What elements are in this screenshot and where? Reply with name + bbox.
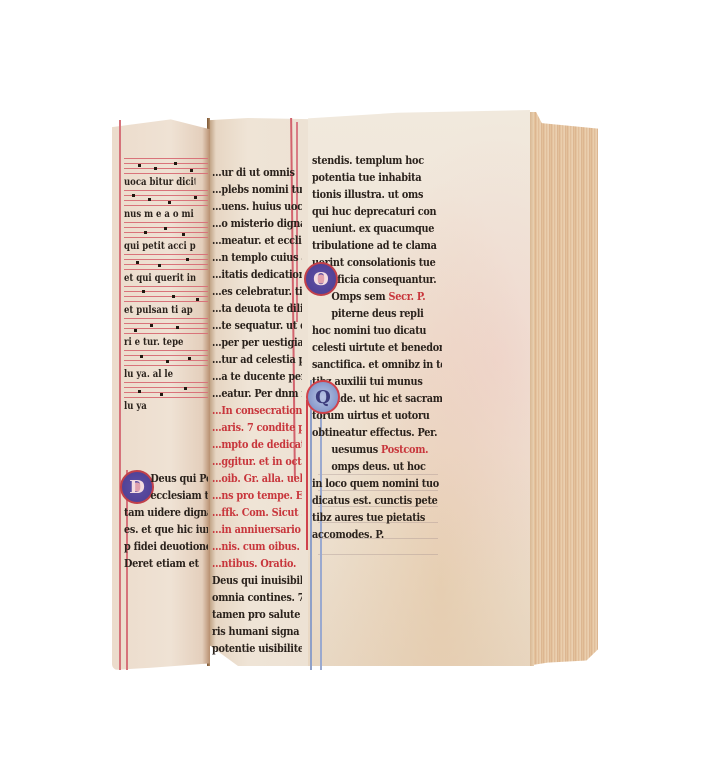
rubric-line: ...ntibus. Oratio.: [212, 555, 291, 572]
text-line: Deus qui inuisibilit: [212, 572, 291, 589]
rubric-line: ...oib. Gr. alla. uel tra: [212, 470, 291, 487]
rubric-line: ...ggitur. et in oct. Officiu: [212, 453, 291, 470]
open-manuscript: uoca bitur dicit dns nus m e a o mi qui …: [0, 0, 710, 780]
music-staff: [124, 286, 208, 302]
text-line: qui huc deprecaturi con: [312, 203, 426, 220]
rubric-line: ...aris. 7 condite p octauas: [212, 419, 291, 436]
music-lyric: nus m e a o mi: [124, 208, 195, 222]
text-line: ...es celebratur. tibi collec: [212, 283, 291, 300]
music-lyric: uoca bitur dicit dns: [124, 176, 195, 190]
red-vine-lower: [306, 400, 308, 550]
text-line: tribulatione ad te clama: [312, 237, 426, 254]
rubric-line: ...In consecrationis al: [212, 402, 291, 419]
music-lyric: lu ya. al le: [124, 368, 195, 382]
rubric-line: ...nis. cum oibus. sequ: [212, 538, 291, 555]
flip-page-red-vine: [119, 120, 121, 670]
music-lyric: ri e tur. tepe: [124, 336, 195, 350]
text-line: obtineatur effectus. Per.: [312, 424, 426, 441]
text-line: piterne deus repli: [312, 305, 426, 322]
text-line: ...eatur. Per dnm nrm.: [212, 385, 291, 402]
text-line: tam uidere dignatus: [124, 504, 198, 521]
text-line: ...ur di ut omnis: [212, 164, 291, 181]
text-line: omnia contines. 7: [212, 589, 291, 606]
text-line: ...tur ad celestia promis: [212, 351, 291, 368]
text-line: omps deus. ut hoc: [312, 458, 426, 475]
text-line: ueniunt. ex quacumque: [312, 220, 426, 237]
text-fragment: uesumus: [331, 443, 378, 456]
text-line: ris humani signa tue: [212, 623, 291, 640]
rubric-line: ...ffk. Com. Sicut supra: [212, 504, 291, 521]
left-text-column: ...ur di ut omnis ...plebs nomini tuo ..…: [212, 164, 302, 657]
text-line: ...o misterio digna esse: [212, 215, 291, 232]
rubric-fragment: Postcom.: [381, 443, 428, 456]
text-line: ...uens. huius uocabu: [212, 198, 291, 215]
text-line: Deret etiam et: [124, 555, 198, 572]
music-lyric: qui petit acci pit: [124, 240, 195, 254]
music-notation: uoca bitur dicit dns nus m e a o mi qui …: [124, 158, 208, 414]
text-line: ...meatur. et ecclia tua: [212, 232, 291, 249]
text-line: ...per per uestigia tua: [212, 334, 291, 351]
text-line: hoc nomini tuo dicatu: [312, 322, 426, 339]
text-line: tamen pro salute gene: [212, 606, 291, 623]
text-line: ...a te ducente peruenire me: [212, 368, 291, 385]
text-line: potentie uisibiliter o: [212, 640, 291, 657]
text-line: Deus qui Postcom: [124, 470, 198, 487]
text-line: stendis. templum hoc: [312, 152, 426, 169]
book-fore-edge: [526, 112, 598, 666]
music-lyric: et pulsan ti ap: [124, 304, 195, 318]
text-line: accomodes. P.: [312, 526, 426, 543]
right-text-column: stendis. templum hoc potentia tue inhabi…: [312, 152, 442, 543]
text-line: tionis illustra. ut oms: [312, 186, 426, 203]
music-lyric: et qui querit inue nit: [124, 272, 195, 286]
music-staff: [124, 382, 208, 398]
flip-page-text: Deus qui Postcom ecclesiam tuam tam uide…: [124, 470, 208, 572]
text-line: celesti uirtute et benedone: [312, 339, 426, 356]
music-staff: [124, 222, 208, 238]
text-line: es. et que hic iure: [124, 521, 198, 538]
text-line: p fidei deuotionem: [124, 538, 198, 555]
music-staff: [124, 190, 208, 206]
text-line: ...ta deuota te diligat.: [212, 300, 291, 317]
text-line: potentia tue inhabita: [312, 169, 426, 186]
music-staff: [124, 350, 208, 366]
text-line-with-rubric: uesumus Postcom.: [312, 441, 426, 458]
music-staff: [124, 254, 208, 270]
illuminated-initial-o: O: [304, 262, 338, 296]
text-line: dicatus est. cunctis pete: [312, 492, 426, 509]
illuminated-initial-q: Q: [306, 380, 340, 414]
text-line: ...n templo cuius anni: [212, 249, 291, 266]
text-line: ...itatis dedicationis di: [212, 266, 291, 283]
text-line: tibz aures tue pietatis: [312, 509, 426, 526]
rubric-line: ...ns pro tempe. Euangliu: [212, 487, 291, 504]
initial-letter: O: [313, 269, 329, 290]
rubric-fragment: Secr. P.: [388, 290, 425, 303]
text-fragment: Omps sem: [331, 290, 385, 303]
text-line: in loco quem nomini tuo: [312, 475, 426, 492]
rubric-line: ...in anniuersario dedicatio: [212, 521, 291, 538]
text-line: ...te sequatur. ut dum tu: [212, 317, 291, 334]
music-staff: [124, 158, 208, 174]
text-line: ...plebs nomini tuo: [212, 181, 291, 198]
music-staff: [124, 318, 208, 334]
initial-letter: Q: [315, 387, 331, 408]
text-line: ecclesiam tuam: [124, 487, 198, 504]
text-line: sanctifica. et omnibz in te span: [312, 356, 426, 373]
rubric-line: ...mpto de dedicatione: [212, 436, 291, 453]
music-lyric: lu ya: [124, 400, 195, 414]
